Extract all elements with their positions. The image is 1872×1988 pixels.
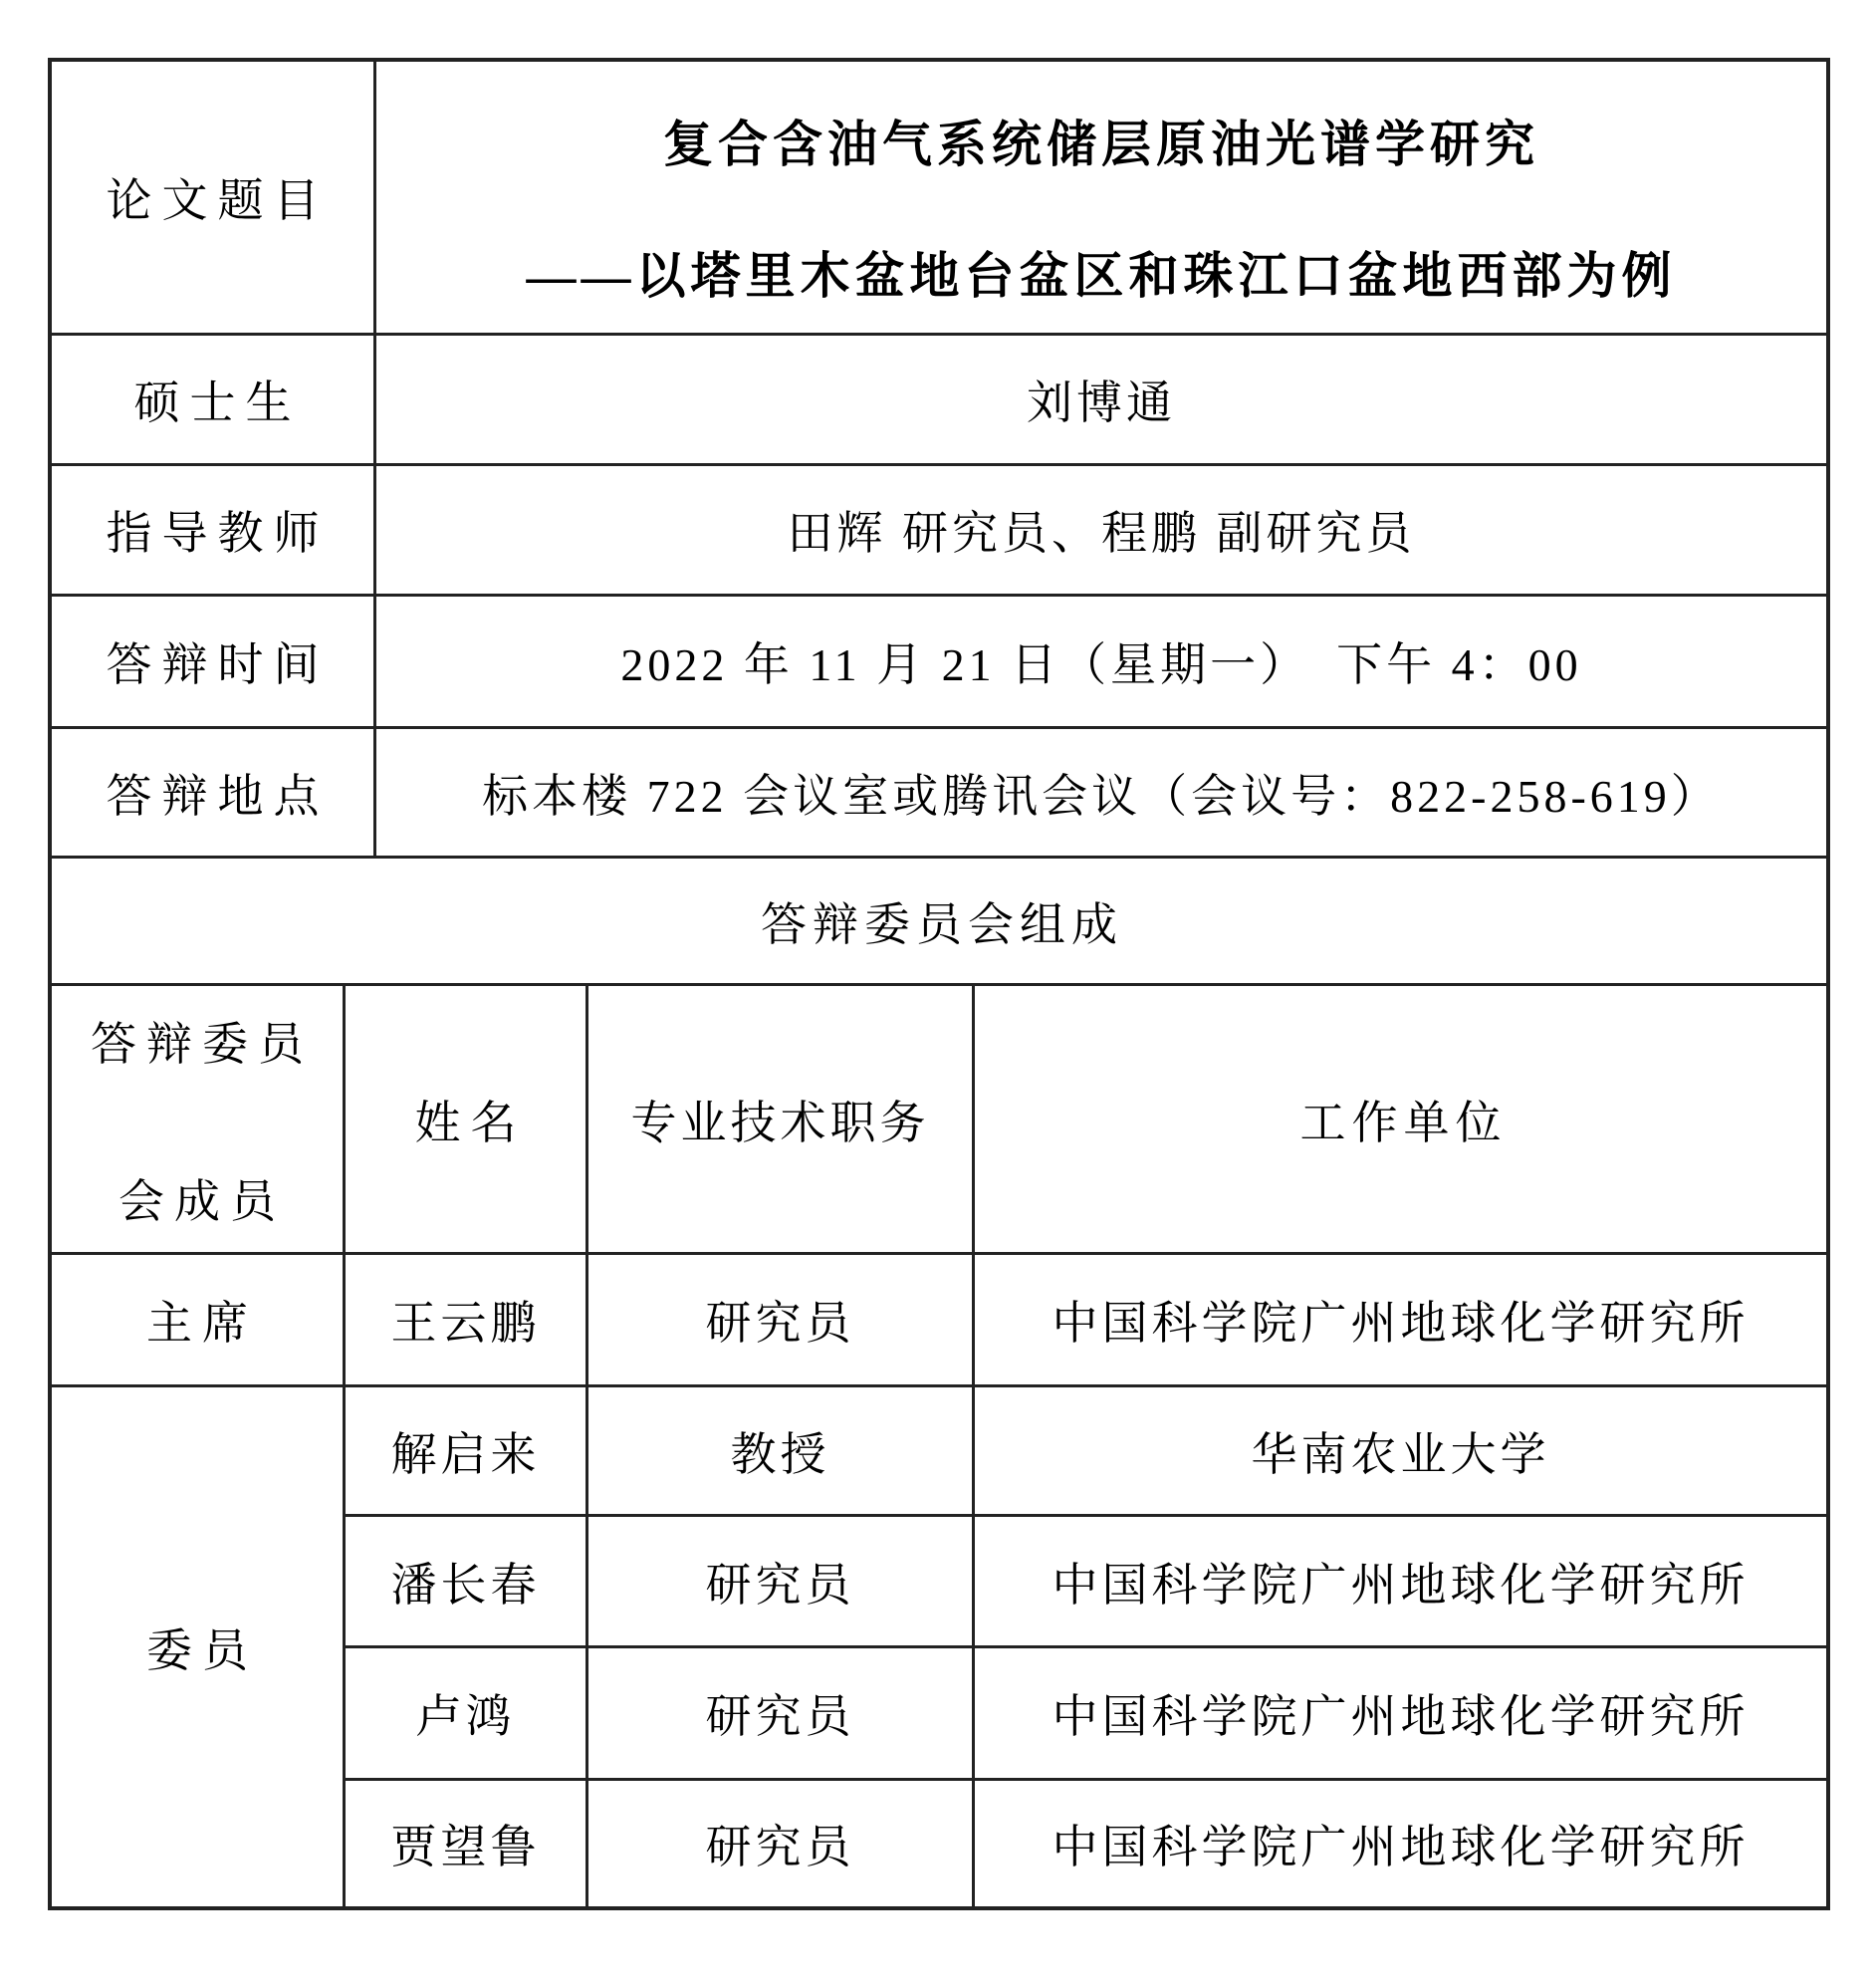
committee-member-header-cell: 答辩委员 会成员 — [52, 986, 343, 1252]
member-3-name-cell: 卢鸿 — [346, 1648, 585, 1778]
header-name: 姓名 — [405, 1087, 527, 1152]
member-3-title-cell: 研究员 — [588, 1648, 972, 1778]
member-2-name-cell: 潘长春 — [346, 1517, 585, 1645]
member-1-title: 教授 — [731, 1418, 830, 1484]
member-1-affiliation: 华南农业大学 — [1252, 1418, 1550, 1484]
member-1-title-cell: 教授 — [588, 1387, 972, 1514]
committee-section-title-cell: 答辩委员会组成 — [52, 859, 1826, 983]
member-2-affiliation-cell: 中国科学院广州地球化学研究所 — [975, 1517, 1826, 1645]
defense-time-value-cell: 2022 年 11 月 21 日（星期一） 下午 4：00 — [376, 597, 1826, 726]
advisor-names: 田辉 研究员、程鹏 副研究员 — [788, 497, 1416, 563]
member-4-affiliation-cell: 中国科学院广州地球化学研究所 — [975, 1781, 1826, 1906]
member-1-name: 解启来 — [391, 1418, 541, 1484]
member-3-affiliation-cell: 中国科学院广州地球化学研究所 — [975, 1648, 1826, 1778]
defense-time-label: 答辩时间 — [97, 628, 330, 694]
chair-role-cell: 主席 — [52, 1255, 343, 1384]
chair-name-cell: 王云鹏 — [346, 1255, 585, 1384]
thesis-title-line1: 复合含油气系统储层原油光谱学研究 — [663, 105, 1539, 176]
member-4-title-cell: 研究员 — [588, 1781, 972, 1906]
committee-member-header-line2: 会成员 — [109, 1165, 286, 1231]
thesis-title-line2: ——以塔里木盆地台盆区和珠江口盆地西部为例 — [527, 236, 1677, 308]
member-3-name: 卢鸿 — [416, 1680, 516, 1746]
member-1-affiliation-cell: 华南农业大学 — [975, 1387, 1826, 1514]
header-title: 专业技术职务 — [631, 1087, 930, 1152]
chair-affiliation: 中国科学院广州地球化学研究所 — [1053, 1287, 1750, 1353]
member-4-title: 研究员 — [706, 1811, 855, 1876]
header-name-cell: 姓名 — [346, 986, 585, 1252]
header-affiliation-cell: 工作单位 — [975, 986, 1826, 1252]
defense-location-value-cell: 标本楼 722 会议室或腾讯会议（会议号：822-258-619） — [376, 729, 1826, 856]
student-label-cell: 硕士生 — [52, 336, 373, 463]
thesis-title-label-cell: 论文题目 — [52, 62, 373, 333]
defense-announcement-page: 论文题目 复合含油气系统储层原油光谱学研究 ——以塔里木盆地台盆区和珠江口盆地西… — [0, 0, 1872, 1988]
defense-info-table: 论文题目 复合含油气系统储层原油光谱学研究 ——以塔里木盆地台盆区和珠江口盆地西… — [48, 58, 1830, 1910]
advisor-label-cell: 指导教师 — [52, 466, 373, 594]
thesis-title-cell: 复合含油气系统储层原油光谱学研究 ——以塔里木盆地台盆区和珠江口盆地西部为例 — [376, 62, 1826, 333]
member-2-title-cell: 研究员 — [588, 1517, 972, 1645]
defense-location-label-cell: 答辩地点 — [52, 729, 373, 856]
defense-location-label: 答辩地点 — [97, 760, 330, 826]
defense-location: 标本楼 722 会议室或腾讯会议（会议号：822-258-619） — [482, 760, 1721, 826]
committee-member-header-line1: 答辩委员 — [81, 1008, 314, 1074]
members-role: 委员 — [136, 1615, 258, 1680]
header-affiliation: 工作单位 — [1294, 1087, 1508, 1152]
chair-affiliation-cell: 中国科学院广州地球化学研究所 — [975, 1255, 1826, 1384]
member-4-name: 贾望鲁 — [391, 1811, 541, 1876]
chair-title-cell: 研究员 — [588, 1255, 972, 1384]
member-3-affiliation: 中国科学院广州地球化学研究所 — [1053, 1680, 1750, 1746]
member-1-name-cell: 解启来 — [346, 1387, 585, 1514]
committee-section-title: 答辩委员会组成 — [755, 888, 1123, 954]
member-2-affiliation: 中国科学院广州地球化学研究所 — [1053, 1549, 1750, 1615]
chair-title: 研究员 — [706, 1287, 855, 1353]
defense-time-label-cell: 答辩时间 — [52, 597, 373, 726]
member-4-name-cell: 贾望鲁 — [346, 1781, 585, 1906]
chair-name: 王云鹏 — [391, 1287, 541, 1353]
student-label: 硕士生 — [124, 367, 302, 432]
members-role-cell: 委员 — [52, 1387, 343, 1906]
member-3-title: 研究员 — [706, 1680, 855, 1746]
header-title-cell: 专业技术职务 — [588, 986, 972, 1252]
chair-role: 主席 — [136, 1287, 258, 1353]
advisor-label: 指导教师 — [97, 497, 330, 563]
member-2-name: 潘长春 — [391, 1549, 541, 1615]
student-value-cell: 刘博通 — [376, 336, 1826, 463]
student-name: 刘博通 — [1027, 367, 1176, 432]
member-4-affiliation: 中国科学院广州地球化学研究所 — [1053, 1811, 1750, 1876]
thesis-title-label: 论文题目 — [97, 164, 330, 230]
member-2-title: 研究员 — [706, 1549, 855, 1615]
advisor-value-cell: 田辉 研究员、程鹏 副研究员 — [376, 466, 1826, 594]
defense-time: 2022 年 11 月 21 日（星期一） 下午 4：00 — [620, 628, 1581, 694]
